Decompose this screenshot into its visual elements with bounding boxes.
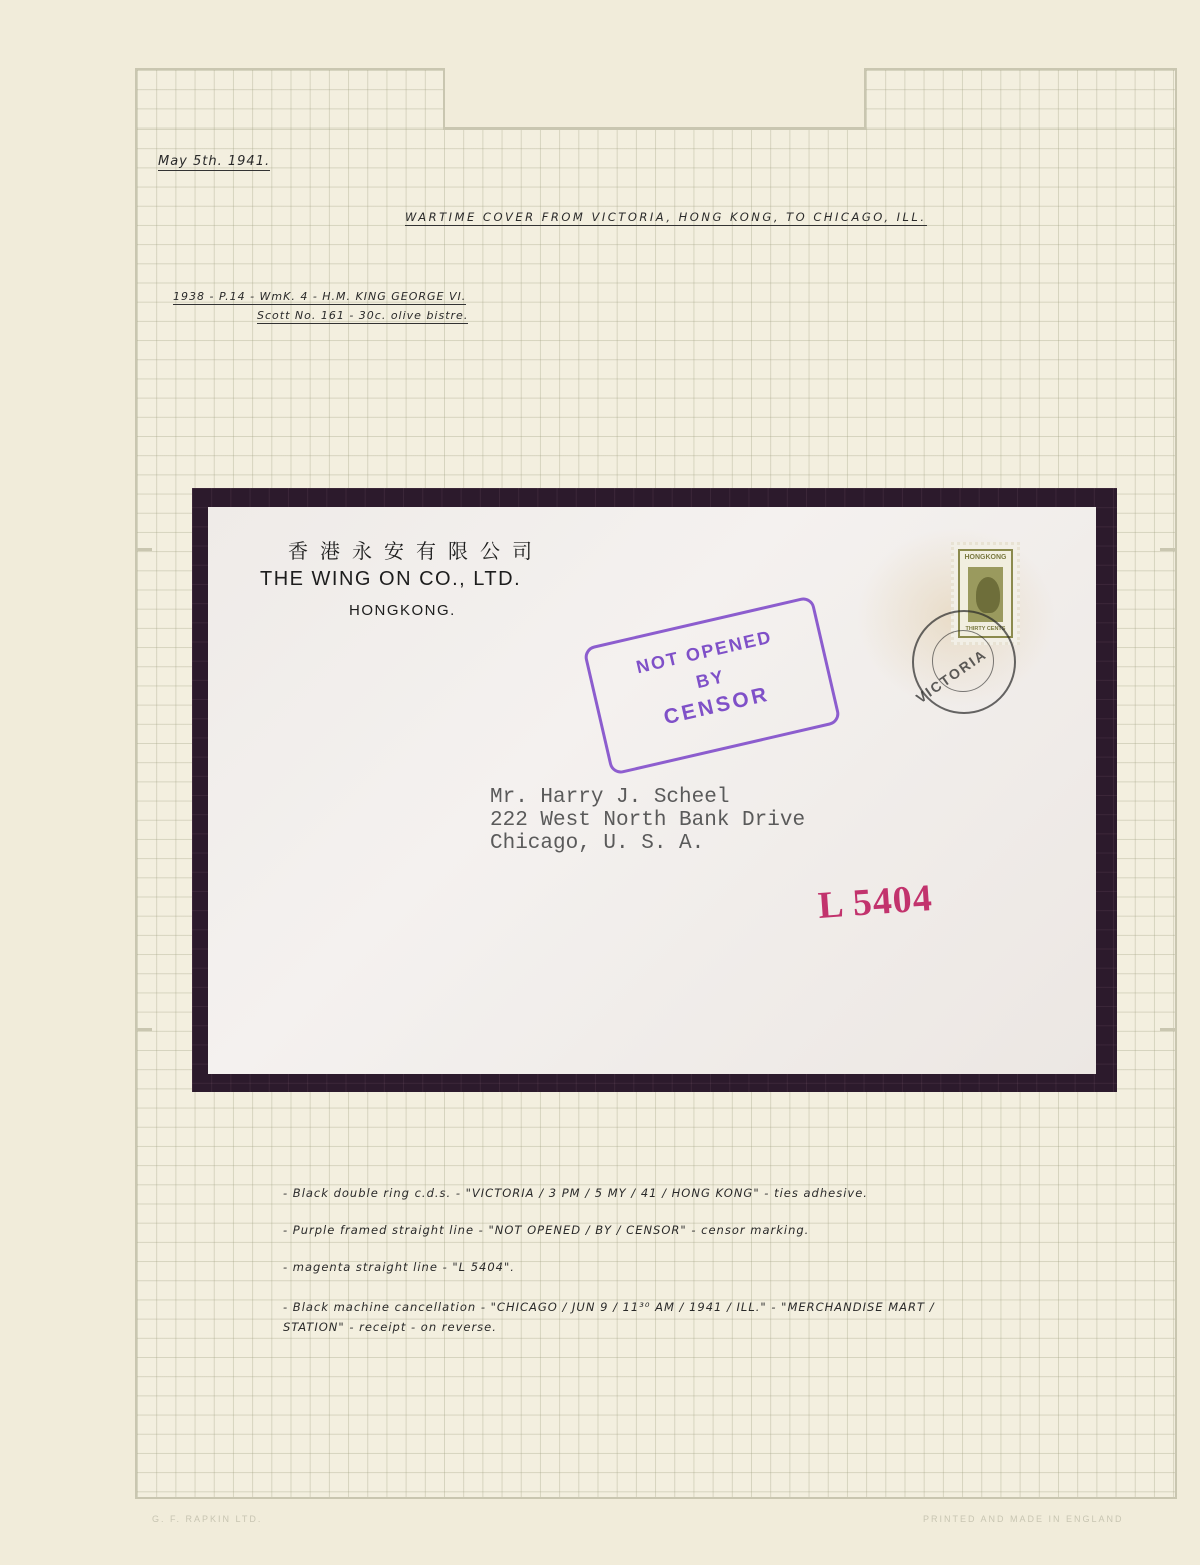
annotation-notes: - Black double ring c.d.s. - "VICTORIA /… bbox=[283, 1186, 935, 1337]
stamp-description: 1938 - P.14 - WmK. 4 - H.M. KING GEORGE … bbox=[173, 287, 468, 325]
note-item: - Black double ring c.d.s. - "VICTORIA /… bbox=[283, 1186, 935, 1223]
serial-mark: L 5404 bbox=[817, 876, 935, 928]
note-item: - magenta straight line - "L 5404". bbox=[283, 1260, 935, 1297]
company-name: THE WING ON CO., LTD. bbox=[260, 568, 521, 591]
company-chinese-name: 香港永安有限公司 bbox=[288, 535, 544, 564]
album-grid-top-right bbox=[864, 68, 1177, 130]
company-city: HONGKONG. bbox=[349, 602, 456, 619]
postmark-cds: VICTORIA bbox=[912, 610, 1016, 714]
printer-imprint: PRINTED AND MADE IN ENGLAND bbox=[923, 1514, 1124, 1524]
margin-tick bbox=[1160, 1028, 1175, 1031]
publisher-imprint: G. F. RAPKIN LTD. bbox=[152, 1514, 262, 1524]
page-title: WARTIME COVER FROM VICTORIA, HONG KONG, … bbox=[405, 210, 927, 224]
note-item: - Black machine cancellation - "CHICAGO … bbox=[283, 1297, 935, 1317]
page-date: May 5th. 1941. bbox=[158, 154, 270, 169]
margin-tick bbox=[137, 548, 152, 551]
grid-notch-line bbox=[443, 127, 866, 130]
note-item: STATION" - receipt - on reverse. bbox=[283, 1317, 935, 1337]
margin-tick bbox=[137, 1028, 152, 1031]
album-grid-top-left bbox=[135, 68, 445, 130]
address-line: Chicago, U. S. A. bbox=[490, 832, 805, 855]
stamp-country: HONGKONG bbox=[960, 551, 1011, 565]
address-line: Mr. Harry J. Scheel bbox=[490, 786, 805, 809]
margin-tick bbox=[1160, 548, 1175, 551]
note-item: - Purple framed straight line - "NOT OPE… bbox=[283, 1223, 935, 1260]
recipient-address: Mr. Harry J. Scheel 222 West North Bank … bbox=[490, 786, 805, 855]
address-line: 222 West North Bank Drive bbox=[490, 809, 805, 832]
